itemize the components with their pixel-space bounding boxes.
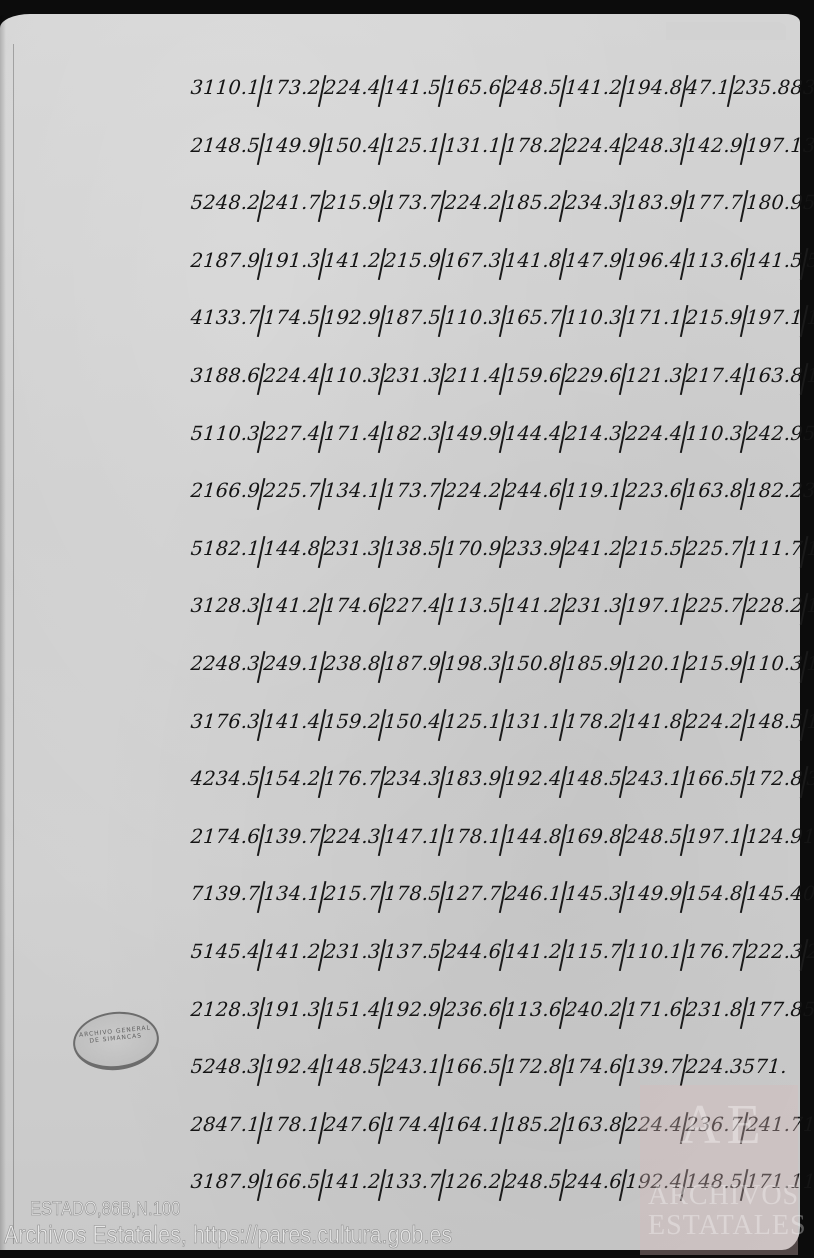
cipher-group: 149.9: [262, 126, 322, 166]
cipher-group: 174.5: [262, 298, 322, 338]
cipher-group: 3188.6: [189, 356, 261, 396]
cipher-group: 2187.9: [189, 241, 261, 281]
cipher-group: 167.3: [443, 241, 503, 281]
cipher-group: 231.3: [322, 529, 382, 569]
cipher-group: 180.9527.: [745, 183, 814, 223]
cipher-line: 3176.3141.4159.2150.4125.1131.1178.2141.…: [188, 702, 792, 760]
cipher-group: 229.6: [564, 356, 624, 396]
cipher-group: 154.2: [262, 759, 322, 799]
cipher-group: 244.6: [443, 932, 503, 972]
cipher-group: 110.1: [624, 932, 684, 972]
cipher-group: 110.3: [443, 298, 503, 338]
cipher-group: 246.1: [503, 874, 563, 914]
cipher-group: 174.4: [383, 1105, 443, 1145]
cipher-group: 7139.7: [189, 874, 261, 914]
cipher-line: 5110.3227.4171.4182.3149.9144.4214.3224.…: [188, 414, 792, 472]
cipher-group: 163.8: [745, 356, 805, 396]
cipher-group: 231.3: [322, 932, 382, 972]
cipher-group: 5145.4: [189, 932, 261, 972]
cipher-group: 141.2: [503, 932, 563, 972]
cipher-group: 244.6: [564, 1162, 624, 1202]
cipher-group: 178.2: [564, 702, 624, 742]
cipher-group: 225.7: [684, 586, 744, 626]
cipher-group: 2174.6: [189, 817, 261, 857]
page-edge-shadow: [0, 14, 6, 1250]
cipher-group: 257.: [805, 932, 814, 972]
cipher-group: 240.2: [564, 990, 624, 1030]
cipher-group: 145.3: [564, 874, 624, 914]
cipher-group: 231.3: [564, 586, 624, 626]
cipher-group: 224.2: [443, 183, 503, 223]
cipher-group: 171.1157.: [805, 702, 814, 742]
cipher-group: 150.4: [322, 126, 382, 166]
cipher-group: 192.9: [383, 990, 443, 1030]
cipher-group: 141.2: [503, 586, 563, 626]
cipher-group: 141.8: [624, 702, 684, 742]
cipher-group: 178.2: [503, 126, 563, 166]
cipher-group: 2128.3: [189, 990, 261, 1030]
cipher-group: 194.8: [624, 68, 684, 108]
cipher-group: 5182.1: [189, 529, 261, 569]
cipher-group: 141.5: [383, 68, 443, 108]
cipher-group: 224.4: [624, 414, 684, 454]
cipher-group: 125.1: [383, 126, 443, 166]
cipher-group: 110.3: [745, 644, 805, 684]
cipher-group: 197.1: [624, 586, 684, 626]
cipher-group: 134.1: [262, 874, 322, 914]
document-reference: ESTADO,86B,N.100: [30, 1199, 180, 1221]
cipher-group: 144.8: [262, 529, 322, 569]
cipher-group: 215.9: [684, 644, 744, 684]
cipher-group: 3128.3: [189, 586, 261, 626]
cipher-group: 228.2: [745, 586, 805, 626]
cipher-group: 215.5: [624, 529, 684, 569]
cipher-group: 165.6: [443, 68, 503, 108]
cipher-group: 141.8: [503, 241, 563, 281]
cipher-group: 113.6: [503, 990, 563, 1030]
cipher-group: 177.8520.: [745, 990, 814, 1030]
cipher-group: 236.6: [443, 990, 503, 1030]
cipher-line: 4133.7174.5192.9187.5110.3165.7110.3171.…: [188, 298, 792, 356]
cipher-group: 141.2: [322, 1162, 382, 1202]
cipher-group: 198.3: [443, 644, 503, 684]
cipher-group: 3110.1: [189, 68, 261, 108]
margin-rule: [13, 44, 14, 1244]
cipher-group: 144.8: [503, 817, 563, 857]
cipher-group: 4234.5: [189, 759, 261, 799]
cipher-group: 224.2: [443, 471, 503, 511]
document-viewer: 3110.1173.2224.4141.5165.6248.5141.2194.…: [0, 0, 814, 1258]
cipher-group: 166.5: [443, 1047, 503, 1087]
cipher-group: 137.5: [383, 932, 443, 972]
cipher-group: 224.4: [262, 356, 322, 396]
cipher-group: 187.5: [383, 298, 443, 338]
cipher-group: 131.1: [503, 702, 563, 742]
cipher-group: 166.5: [684, 759, 744, 799]
cipher-group: 148.5: [564, 759, 624, 799]
cipher-group: 120.1: [624, 644, 684, 684]
logo-text-line-2: ESTATALES: [648, 1211, 798, 1241]
archivos-estatales-logo: AE ARCHIVOS ESTATALES: [640, 1085, 798, 1255]
cipher-lines: 3110.1173.2224.4141.5165.6248.5141.2194.…: [190, 68, 790, 1220]
cipher-group: 139.7: [262, 817, 322, 857]
cipher-group: 111.7: [745, 529, 805, 569]
cipher-group: 173.7: [383, 183, 443, 223]
cipher-group: 227.4: [383, 586, 443, 626]
cipher-group: 47.1: [684, 68, 731, 108]
cipher-group: 147.1: [383, 817, 443, 857]
cipher-group: 231.8: [684, 990, 744, 1030]
cipher-group: 134.1: [322, 471, 382, 511]
cipher-group: 173.7: [383, 471, 443, 511]
page-tab: [666, 22, 786, 40]
cipher-group: 5248.2: [189, 183, 261, 223]
cipher-group: 241.2: [564, 529, 624, 569]
cipher-line: 7139.7134.1215.7178.5127.7246.1145.3149.…: [188, 874, 792, 932]
cipher-group: 215.9: [684, 298, 744, 338]
cipher-group: 227.4: [262, 414, 322, 454]
cipher-group: 165.7: [503, 298, 563, 338]
cipher-line: 4234.5154.2176.7234.3183.9192.4148.5243.…: [188, 759, 792, 817]
cipher-group: 164.1: [443, 1105, 503, 1145]
cipher-group: 176.7: [322, 759, 382, 799]
cipher-group: 126.2: [443, 1162, 503, 1202]
cipher-group: 141.2: [262, 932, 322, 972]
cipher-group: 248.3: [624, 126, 684, 166]
cipher-group: 113.5: [443, 586, 503, 626]
cipher-line: 2148.5149.9150.4125.1131.1178.2224.4248.…: [188, 126, 792, 184]
cipher-group: 211.4: [443, 356, 503, 396]
cipher-group: 163.8: [564, 1105, 624, 1145]
cipher-group: 242.9572.: [745, 414, 814, 454]
cipher-group: 4133.7: [189, 298, 261, 338]
cipher-group: 224.3: [322, 817, 382, 857]
cipher-group: 141.2215.: [805, 644, 814, 684]
stamp-text: ARCHIVO GENERAL DE SIMANCAS: [74, 1024, 157, 1046]
cipher-group: 238.8: [322, 644, 382, 684]
cipher-group: 5248.3: [189, 1047, 261, 1087]
cipher-group: 233.9: [503, 529, 563, 569]
cipher-group: 147.9: [564, 241, 624, 281]
cipher-group: 191.3: [262, 241, 322, 281]
cipher-group: 244.6: [503, 471, 563, 511]
cipher-group: 154.8: [684, 874, 744, 914]
cipher-group: 144.4: [503, 414, 563, 454]
cipher-group: 174.6: [322, 586, 382, 626]
cipher-group: 172.8: [745, 759, 805, 799]
cipher-line: 5182.1144.8231.3138.5170.9233.9241.2215.…: [188, 529, 792, 587]
cipher-group: 215.7: [322, 874, 382, 914]
cipher-group: 215.9: [322, 183, 382, 223]
cipher-group: 224.3571.: [684, 1047, 788, 1087]
cipher-group: 182.2371.: [745, 471, 814, 511]
cipher-group: 148.5: [322, 1047, 382, 1087]
cipher-group: 110.3: [564, 298, 624, 338]
cipher-group: 149.9: [624, 874, 684, 914]
cipher-group: 142.9: [684, 126, 744, 166]
cipher-group: 171.1: [624, 298, 684, 338]
cipher-line: 2248.3249.1238.8187.9198.3150.8185.9120.…: [188, 644, 792, 702]
cipher-group: 3187.9: [189, 1162, 261, 1202]
cipher-group: 163.8: [684, 471, 744, 511]
cipher-group: 141.2: [564, 68, 624, 108]
cipher-group: 145.4031.: [745, 874, 814, 914]
cipher-group: 215.9: [383, 241, 443, 281]
cipher-group: 573.: [805, 241, 814, 281]
cipher-line: 2174.6139.7224.3147.1178.1144.8169.8248.…: [188, 817, 792, 875]
cipher-group: 249.1: [262, 644, 322, 684]
cipher-group: 217.4: [684, 356, 744, 396]
cipher-group: 225.7: [684, 529, 744, 569]
cipher-group: 166.5: [262, 1162, 322, 1202]
logo-text-line-1: ARCHIVOS: [648, 1181, 798, 1211]
cipher-line: 3188.6224.4110.3231.3211.4159.6229.6121.…: [188, 356, 792, 414]
cipher-group: 3176.3: [189, 702, 261, 742]
logo-text: ARCHIVOS ESTATALES: [648, 1181, 798, 1241]
cipher-group: 169.8: [564, 817, 624, 857]
cipher-group: 178.5: [383, 874, 443, 914]
cipher-group: 183.9: [624, 183, 684, 223]
cipher-group: 234.3: [383, 759, 443, 799]
cipher-group: 2148.5: [189, 126, 261, 166]
cipher-group: 141.4: [262, 702, 322, 742]
cipher-group: 174.6: [564, 1047, 624, 1087]
cipher-group: 177.7: [684, 183, 744, 223]
cipher-group: 248.5: [624, 817, 684, 857]
cipher-group: 127.7: [443, 874, 503, 914]
cipher-group: 124.9132.: [745, 817, 814, 857]
cipher-group: 192.9: [322, 298, 382, 338]
cipher-group: 121.3: [624, 356, 684, 396]
cipher-group: 110.3: [684, 414, 744, 454]
cipher-line: 2187.9191.3141.2215.9167.3141.8147.9196.…: [188, 241, 792, 299]
cipher-group: 185.2: [503, 1105, 563, 1145]
cipher-group: 196.4: [624, 241, 684, 281]
cipher-line: 3128.3141.2174.6227.4113.5141.2231.3197.…: [188, 586, 792, 644]
cipher-group: 178.1: [262, 1105, 322, 1145]
cipher-group: 151.4: [322, 990, 382, 1030]
cipher-group: 243.1: [624, 759, 684, 799]
cipher-group: 185.9: [564, 644, 624, 684]
cipher-group: 248.5: [503, 68, 563, 108]
cipher-group: 159.2: [322, 702, 382, 742]
cipher-group: 192.4: [262, 1047, 322, 1087]
cipher-group: 171.6: [624, 990, 684, 1030]
cipher-group: 231.3: [383, 356, 443, 396]
cipher-group: 185.2: [503, 183, 563, 223]
cipher-group: 176.7: [684, 932, 744, 972]
cipher-group: 192.4: [503, 759, 563, 799]
cipher-group: 159.6: [503, 356, 563, 396]
cipher-group: 115.7: [564, 932, 624, 972]
cipher-group: 224.4: [564, 126, 624, 166]
cipher-group: 248.5: [503, 1162, 563, 1202]
cipher-group: 119.1: [564, 471, 624, 511]
cipher-group: 172.8: [503, 1047, 563, 1087]
cipher-group: 197.1: [684, 817, 744, 857]
cipher-group: 222.3: [745, 932, 805, 972]
cipher-line: 3110.1173.2224.4141.5165.6248.5141.2194.…: [188, 68, 792, 126]
cipher-group: 5110.3: [189, 414, 261, 454]
cipher-group: 149.4150.: [805, 529, 814, 569]
cipher-group: 150.8: [503, 644, 563, 684]
cipher-group: 173.2: [262, 68, 322, 108]
logo-mark-icon: AE: [680, 1093, 767, 1157]
cipher-group: 247.6: [322, 1105, 382, 1145]
cipher-group: 148.6123.: [805, 356, 814, 396]
cipher-group: 149.9: [443, 414, 503, 454]
cipher-group: 191.3: [262, 990, 322, 1030]
cipher-group: 197.1352.: [745, 126, 814, 166]
cipher-group: 113.6: [684, 241, 744, 281]
cipher-group: 170.9: [443, 529, 503, 569]
source-attribution: Archivos Estatales, https://pares.cultur…: [4, 1221, 452, 1250]
cipher-group: 110.3: [322, 356, 382, 396]
cipher-line: 5145.4141.2231.3137.5244.6141.2115.7110.…: [188, 932, 792, 990]
cipher-group: 182.3: [383, 414, 443, 454]
cipher-group: 139.7: [624, 1047, 684, 1087]
cipher-group: 150.4: [383, 702, 443, 742]
cipher-group: 138.5: [383, 529, 443, 569]
cipher-group: 171.4: [322, 414, 382, 454]
cipher-group: 223.6: [624, 471, 684, 511]
cipher-group: 178.1: [443, 817, 503, 857]
cipher-group: 224.4: [322, 68, 382, 108]
cipher-group: 225.7: [262, 471, 322, 511]
cipher-group: 197.1: [745, 298, 805, 338]
cipher-group: 2248.3: [189, 644, 261, 684]
cipher-group: 2166.9: [189, 471, 261, 511]
cipher-group: 214.3: [564, 414, 624, 454]
cipher-group: 235.8830.: [732, 68, 814, 108]
cipher-group: 224.2: [684, 702, 744, 742]
cipher-group: 2847.1: [189, 1105, 261, 1145]
cipher-group: 187.9: [383, 644, 443, 684]
cipher-group: 183.9: [443, 759, 503, 799]
cipher-group: 133.7: [383, 1162, 443, 1202]
cipher-line: 5248.2241.7215.9173.7224.2185.2234.3183.…: [188, 183, 792, 241]
cipher-group: 141.2: [322, 241, 382, 281]
cipher-line: 2166.9225.7134.1173.7224.2244.6119.1223.…: [188, 471, 792, 529]
cipher-group: 141.2: [262, 586, 322, 626]
cipher-group: 243.1: [383, 1047, 443, 1087]
cipher-group: 125.1: [443, 702, 503, 742]
cipher-group: 148.5: [745, 702, 805, 742]
cipher-group: 141.5: [745, 241, 805, 281]
cipher-group: 131.1: [443, 126, 503, 166]
cipher-line: 2128.3191.3151.4192.9236.6113.6240.2171.…: [188, 990, 792, 1048]
cipher-group: 241.7: [262, 183, 322, 223]
cipher-group: 234.3: [564, 183, 624, 223]
